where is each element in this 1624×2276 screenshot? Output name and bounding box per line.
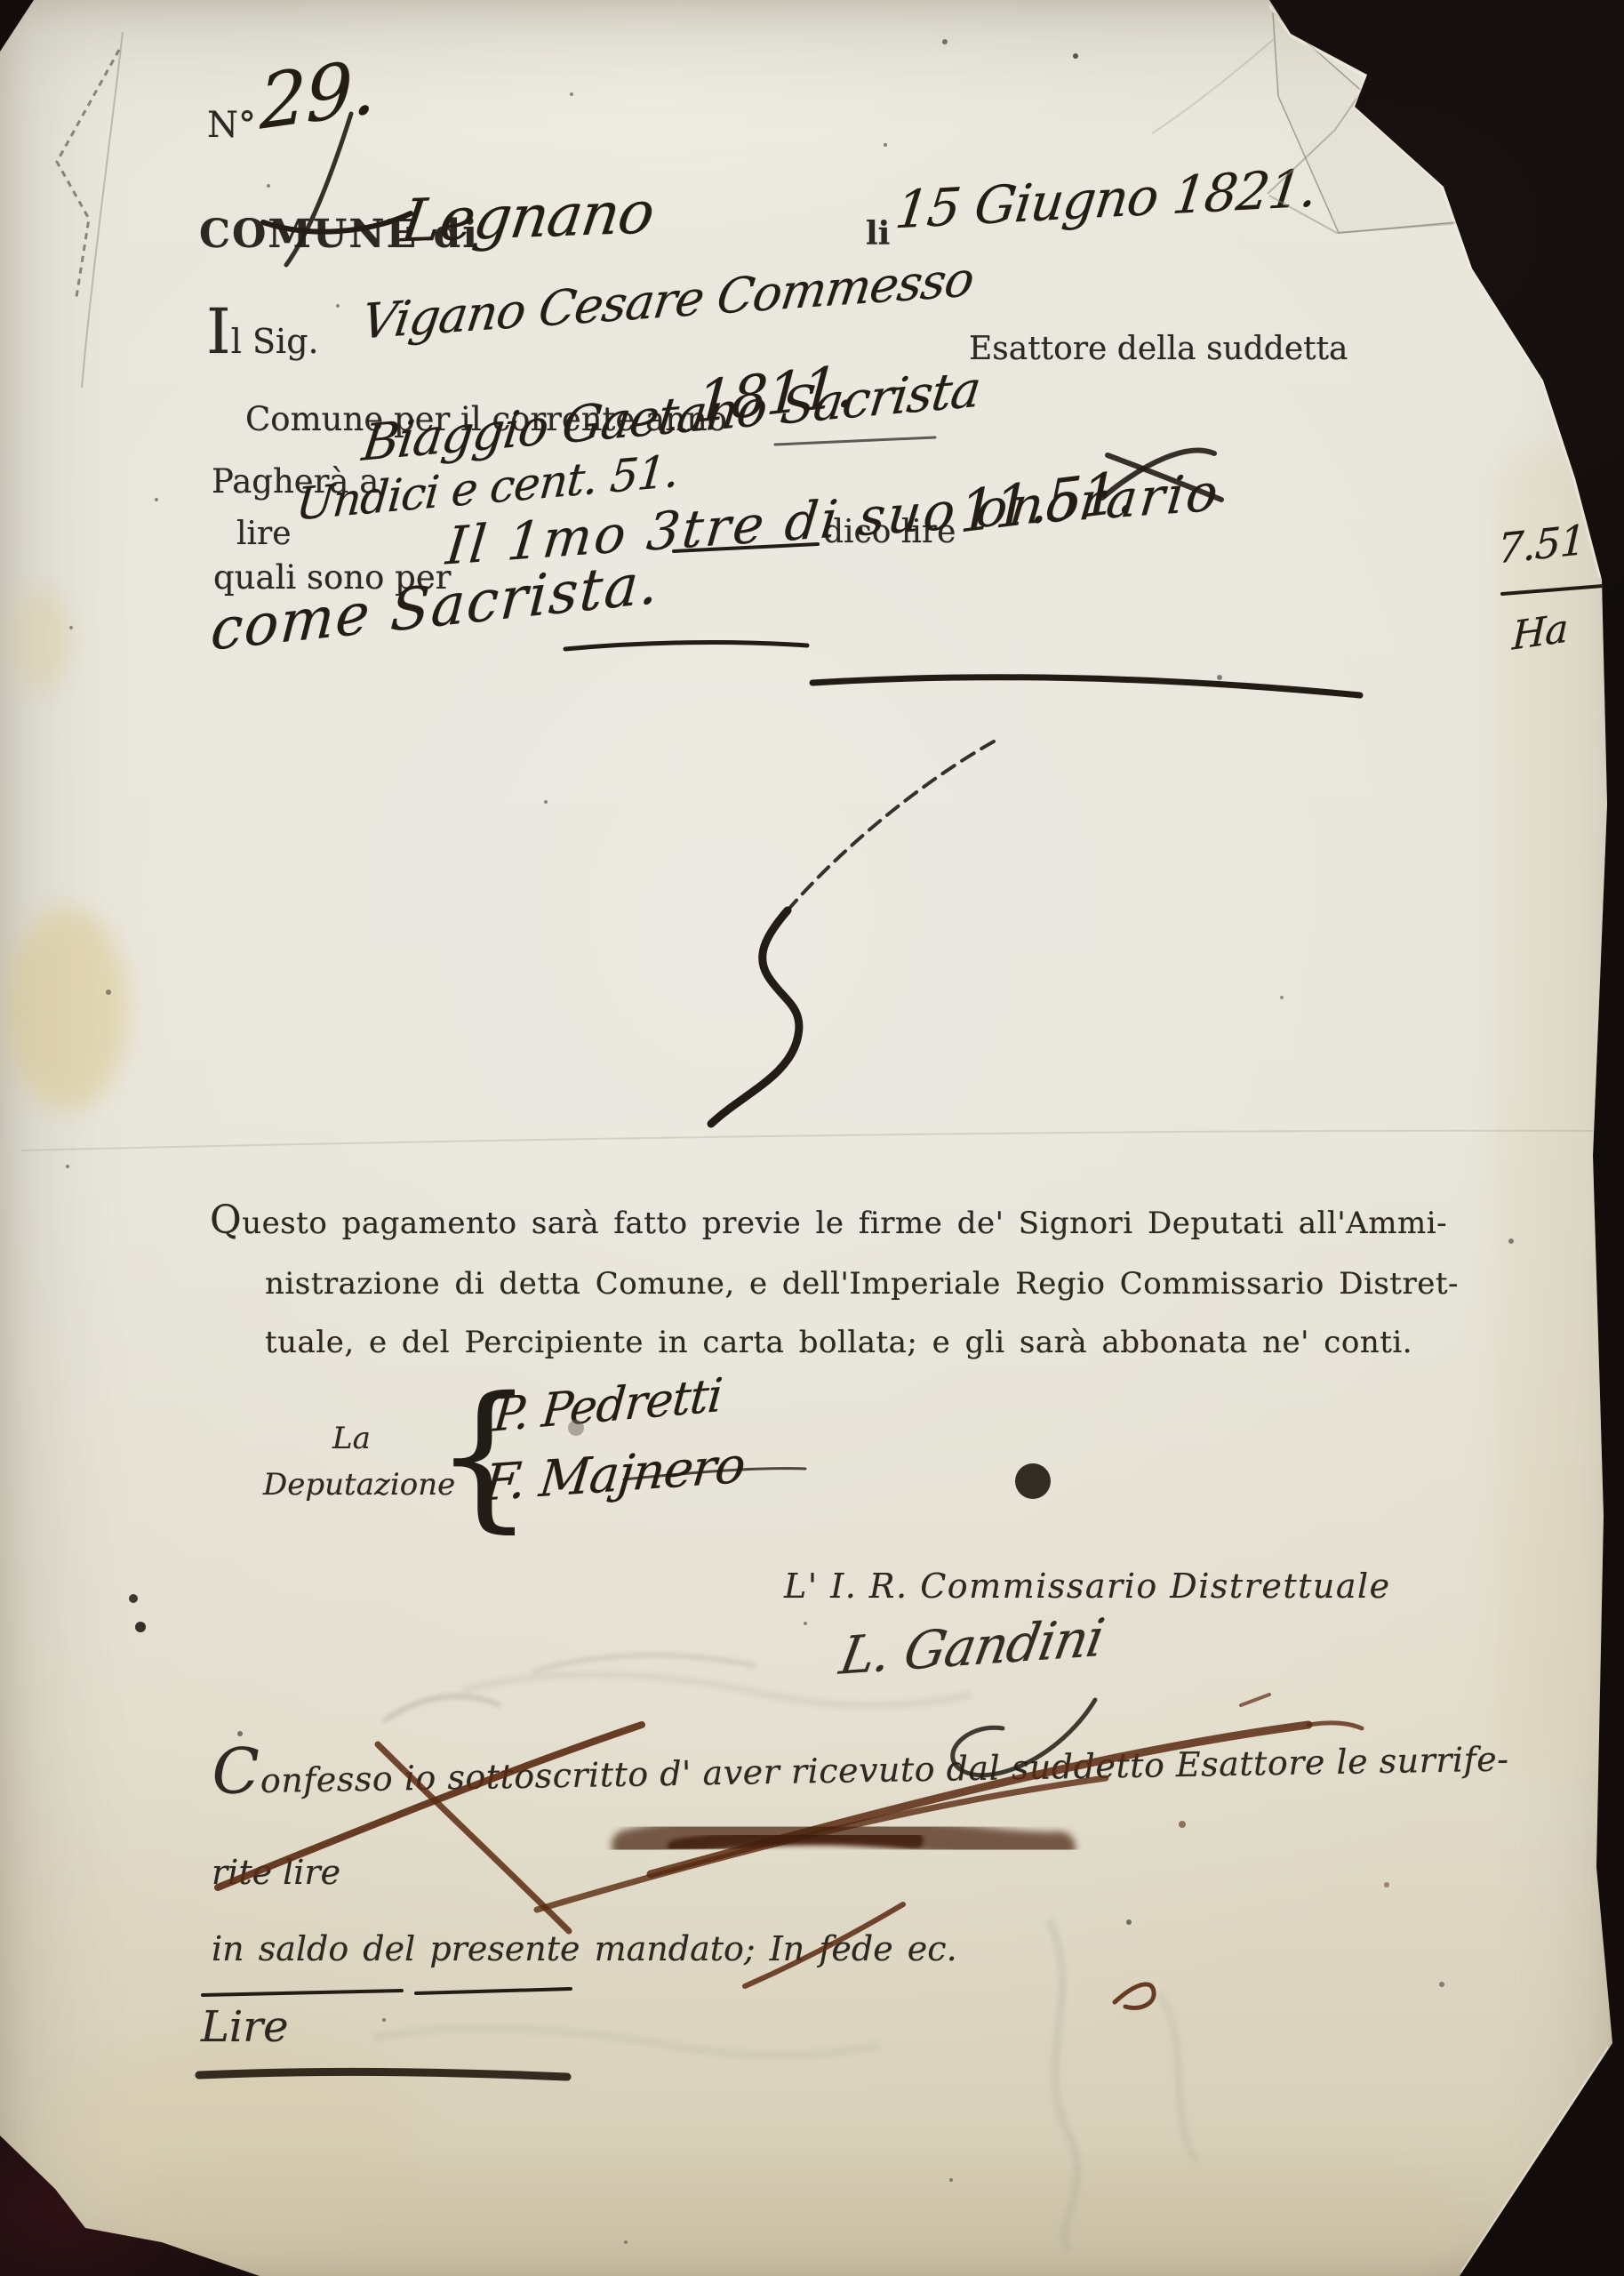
- brown-smudge: [628, 1829, 1060, 1848]
- deputation-label: Deputazione: [263, 1467, 455, 1503]
- document-number-label: N°: [207, 105, 256, 146]
- reason-long-dash: [812, 677, 1360, 695]
- deputation-la: La: [332, 1421, 371, 1456]
- addressee-suffix: Esattore della suddetta: [969, 331, 1348, 367]
- stain-left-yellow: [5, 907, 130, 1111]
- commissioner-signature: L. Gandini: [836, 1607, 1108, 1687]
- sacrista-underline: [565, 643, 807, 649]
- date-value-handwritten: 15 Giugno 1821.: [892, 157, 1320, 240]
- margin-note-handwritten: Ha: [1511, 605, 1568, 659]
- majnero-ink-blob: [1015, 1463, 1051, 1499]
- margin-amount-underline: [1502, 585, 1614, 594]
- document-number-value: 29.: [260, 43, 374, 147]
- addressee-prefix: Il Sig.: [206, 309, 319, 361]
- payee-overline: [775, 437, 935, 445]
- date-label: li: [866, 215, 890, 252]
- bottom-rule-hook: [1115, 1984, 1154, 2008]
- clause-line1: Questo pagamento sarà fatto previe le fi…: [210, 1206, 1447, 1241]
- embossed-stamp-outline: [57, 32, 123, 388]
- center-flourish-lower: [711, 910, 799, 1124]
- clause-line2: nistrazione di detta Comune, e dell'Impe…: [265, 1266, 1459, 1302]
- paper-sheet: N° 29. COMUNE di Legnano li 15 Giugno 18…: [0, 0, 1624, 2276]
- tear-rim-bottom-right: [1461, 2047, 1609, 2272]
- scanned-receipt-document: N° 29. COMUNE di Legnano li 15 Giugno 18…: [0, 0, 1624, 2276]
- stain-left-yellow-small: [11, 587, 73, 693]
- receipt-line1: Confesso io sottoscritto d' aver ricevut…: [212, 1727, 1509, 1801]
- stain-bottom-band: [133, 2169, 1467, 2276]
- margin-amount-handwritten: 7.51: [1497, 516, 1586, 573]
- center-flourish-upper: [788, 741, 994, 910]
- exactor-name-handwritten: Vigano Cesare Commesso: [358, 251, 977, 350]
- bottom-rule-left: [203, 1991, 402, 1995]
- horizontal-crease: [21, 1131, 1596, 1150]
- bottom-lire-label: Lire: [201, 2002, 289, 2052]
- clause-line3: tuale, e del Percipiente in carta bollat…: [265, 1325, 1412, 1360]
- receipt-line2: rite lire: [212, 1853, 340, 1892]
- bottom-rule-right: [416, 1989, 571, 1993]
- receipt-line3: in saldo del presente mandato; In fede e…: [212, 1929, 957, 1968]
- lire-label: lire: [236, 516, 292, 552]
- tear-rim-top-right: [1269, 5, 1600, 578]
- commune-value-handwritten: Legnano: [397, 178, 658, 255]
- commissioner-title: L' I. R. Commissario Distrettuale: [784, 1567, 1391, 1606]
- stain-bottom-left: [53, 2027, 427, 2240]
- bottom-thick-rule: [199, 2072, 567, 2077]
